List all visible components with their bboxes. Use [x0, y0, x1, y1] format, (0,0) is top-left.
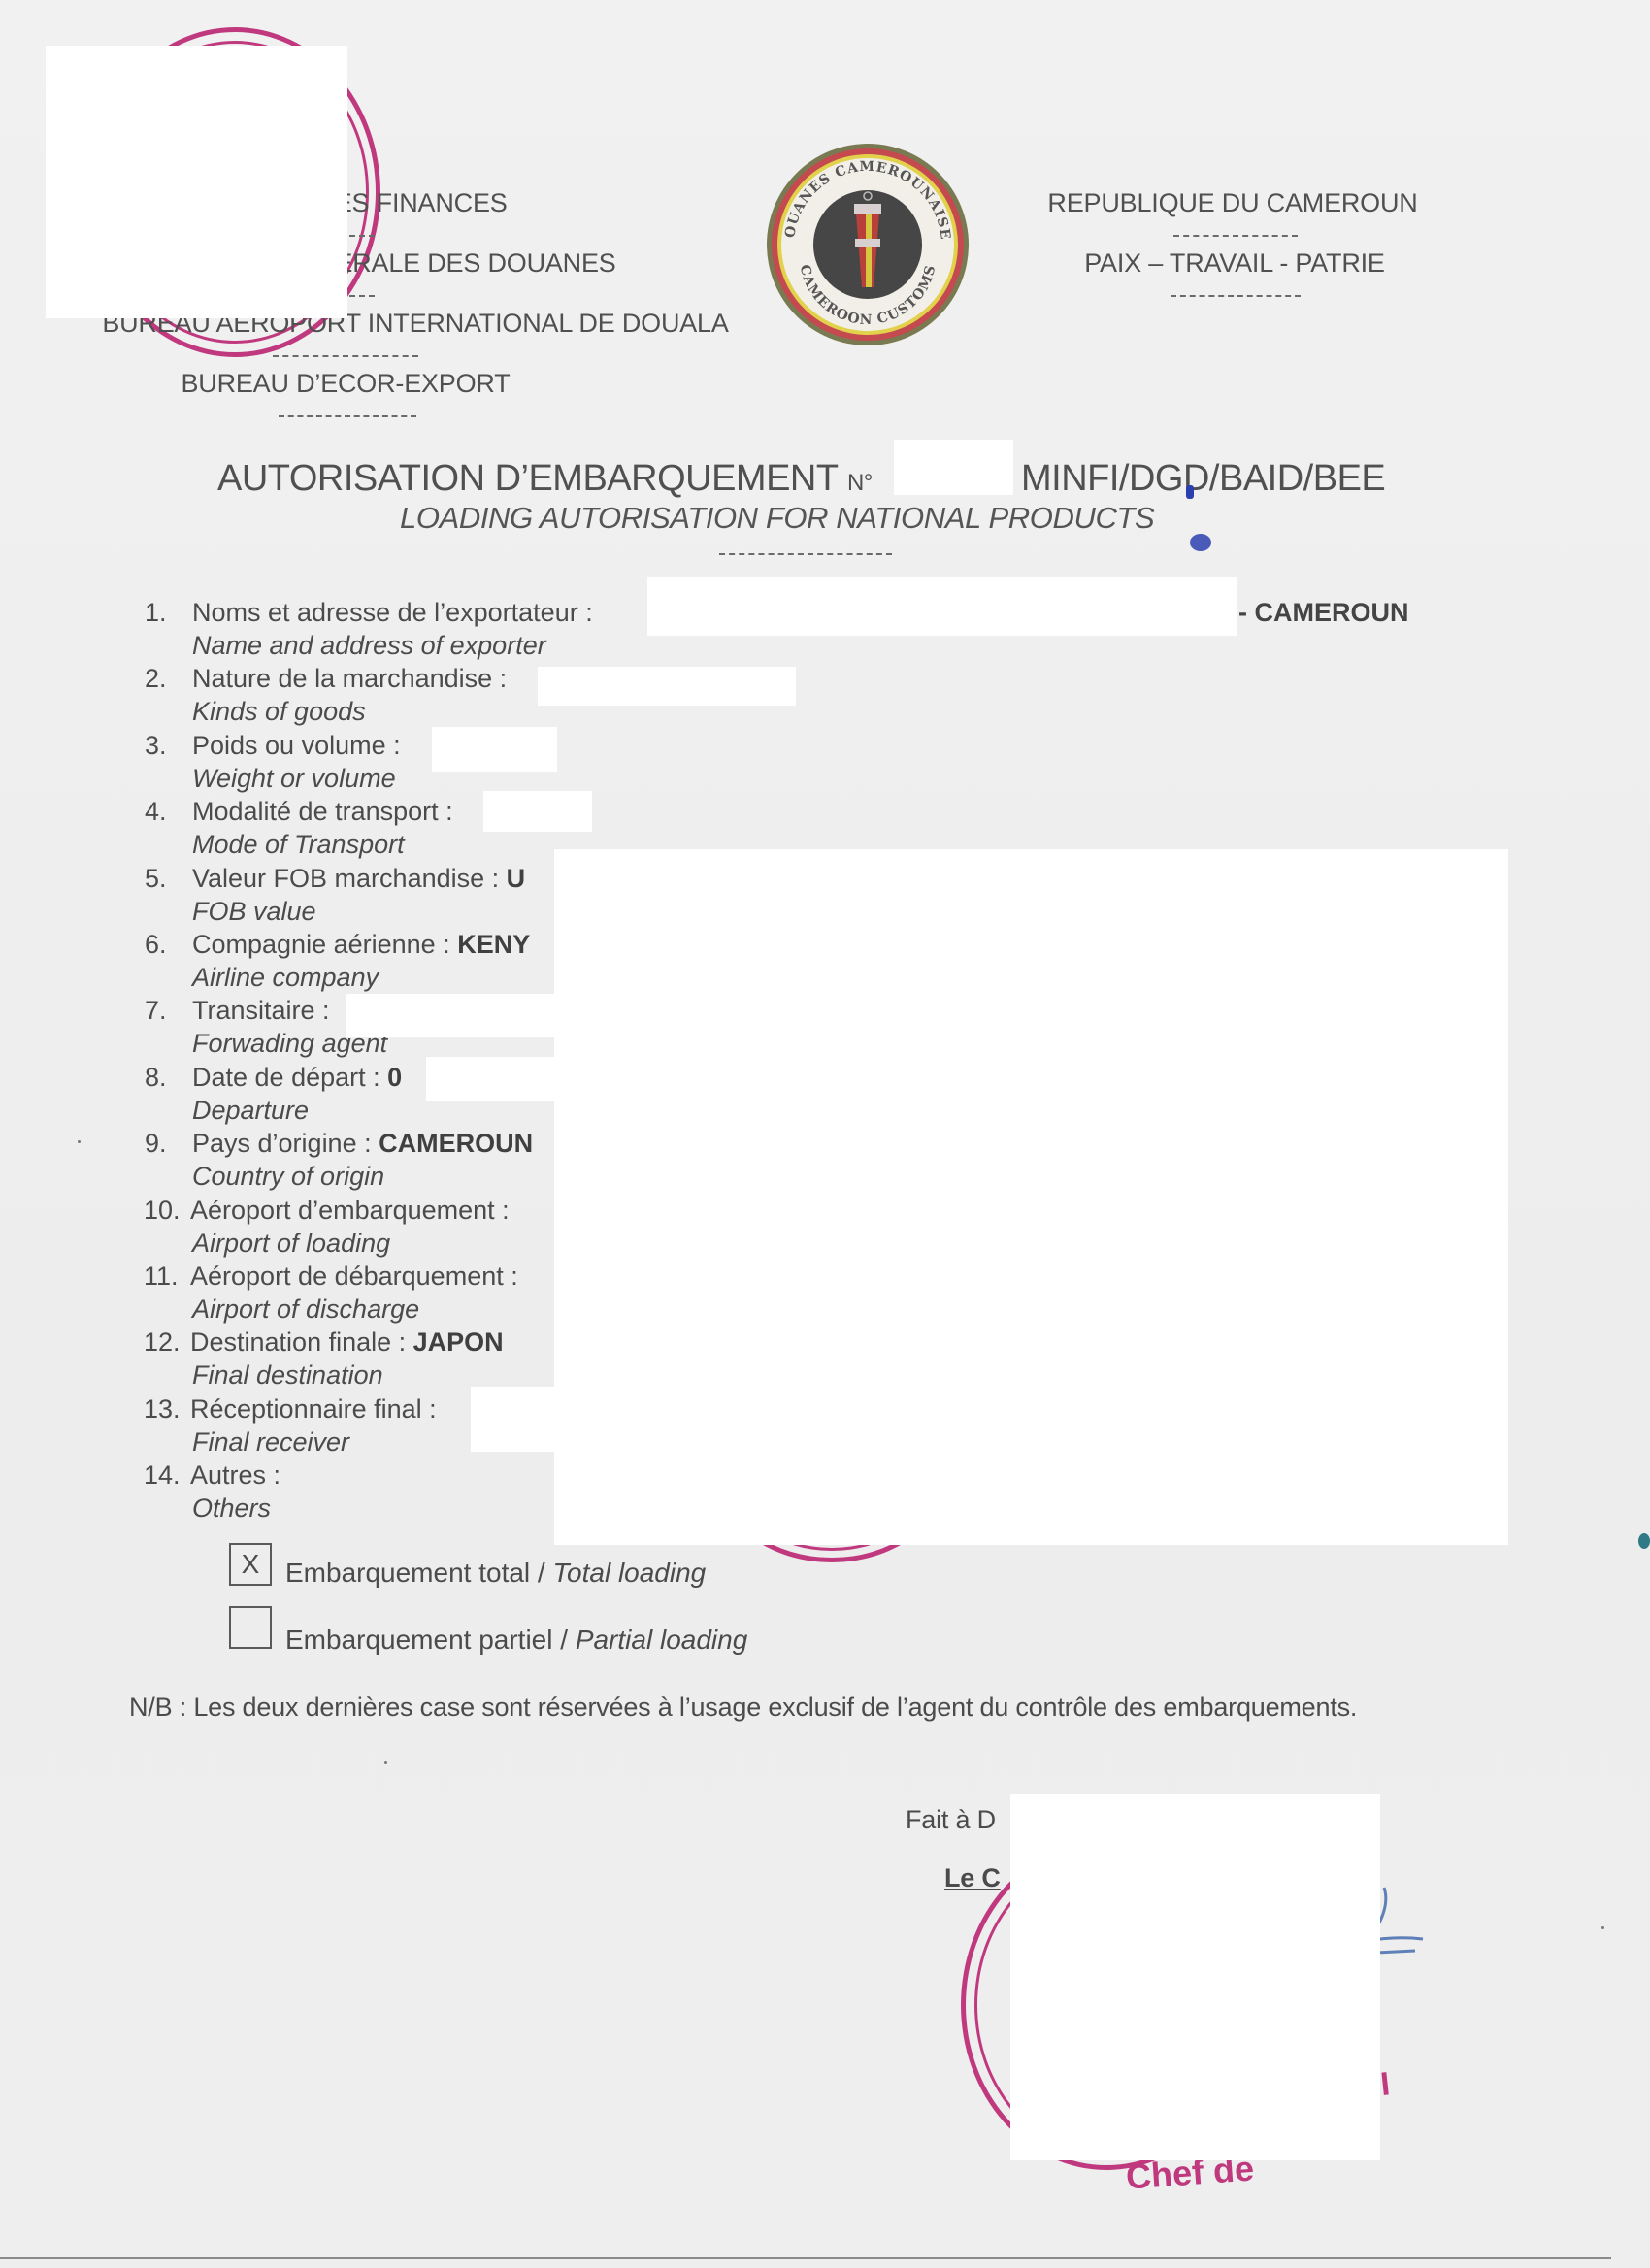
document-subtitle: LOADING AUTORISATION FOR NATIONAL PRODUC… — [400, 501, 1154, 536]
item-number: 11. — [144, 1262, 179, 1292]
item-label-en: Airport of loading — [192, 1229, 390, 1259]
header-republic: REPUBLIQUE DU CAMEROUN — [1047, 188, 1417, 218]
speck — [384, 1761, 387, 1764]
title-reference: MINFI/DGD/BAID/BEE — [1021, 458, 1385, 500]
item-label-fr: Valeur FOB marchandise : U — [192, 864, 525, 894]
item-number: 13. — [144, 1395, 181, 1425]
item-label-fr: Modalité de transport : — [192, 797, 453, 827]
redaction-box — [554, 849, 1508, 1545]
item-number: 10. — [144, 1196, 181, 1226]
header-divider — [279, 415, 416, 417]
item-label-en: Mode of Transport — [192, 830, 405, 860]
title-main: AUTORISATION D’EMBARQUEMENT — [217, 458, 838, 499]
item-value-suffix: - CAMEROUN — [1238, 598, 1409, 628]
item-number: 6. — [145, 930, 167, 960]
title-number-label: N° — [847, 470, 873, 496]
item-label-fr: Transitaire : — [192, 996, 330, 1026]
document-page: DES FINANCES ERALE DES DOUANES BUREAU AE… — [0, 0, 1650, 2268]
document-title: AUTORISATION D’EMBARQUEMENT N° — [217, 458, 873, 500]
item-label-en: Airline company — [192, 963, 379, 993]
redaction-box — [647, 577, 1237, 636]
item-label-fr: Date de départ : 0 — [192, 1063, 402, 1093]
item-number: 1. — [145, 598, 167, 628]
place-of-issue: Fait à D — [906, 1805, 996, 1835]
item-value: CAMEROUN — [379, 1129, 533, 1158]
title-divider — [719, 553, 892, 555]
item-label-en: Kinds of goods — [192, 697, 366, 727]
item-label-fr: Autres : — [190, 1461, 280, 1491]
item-number: 7. — [145, 996, 167, 1026]
ink-mark — [1186, 485, 1194, 499]
total-loading-label: Embarquement total / Total loading — [285, 1558, 706, 1589]
signatory-title: Le C — [944, 1863, 1001, 1893]
redaction-box — [538, 667, 796, 706]
item-label-en: Name and address of exporter — [192, 631, 546, 661]
item-number: 5. — [145, 864, 167, 894]
item-label-fr: Nature de la marchandise : — [192, 664, 507, 694]
redaction-box — [483, 791, 592, 832]
ink-mark — [1190, 534, 1211, 551]
item-label-fr: Pays d’origine : CAMEROUN — [192, 1129, 533, 1159]
redaction-box — [894, 440, 1013, 495]
header-divider — [1171, 295, 1301, 297]
redaction-box — [1010, 1794, 1380, 2160]
note-text: N/B : Les deux dernières case sont réser… — [129, 1693, 1357, 1723]
item-label-fr: Destination finale : JAPON — [190, 1328, 504, 1358]
redaction-box — [432, 727, 557, 772]
item-label-en: FOB value — [192, 897, 316, 927]
redaction-box — [471, 1387, 563, 1452]
redaction-box — [426, 1057, 562, 1101]
item-number: 3. — [145, 731, 167, 761]
header-directorate: ERALE DES DOUANES — [335, 248, 615, 279]
header-motto: PAIX – TRAVAIL - PATRIE — [1084, 248, 1385, 279]
speck — [1601, 1926, 1604, 1929]
scan-edge — [0, 2257, 1611, 2259]
item-label-en: Airport of discharge — [192, 1295, 419, 1325]
redaction-box — [46, 46, 347, 318]
header-divider — [1173, 235, 1298, 237]
item-number: 12. — [144, 1328, 181, 1358]
item-label-en: Weight or volume — [192, 764, 396, 794]
item-number: 9. — [145, 1129, 167, 1159]
item-label-fr: Poids ou volume : — [192, 731, 401, 761]
partial-loading-checkbox[interactable] — [229, 1606, 272, 1649]
item-value: 0 — [387, 1063, 402, 1092]
item-label-en: Departure — [192, 1096, 309, 1126]
cameroon-customs-seal: DOUANES CAMEROUNAISES CAMEROON CUSTOMS — [765, 142, 971, 347]
item-number: 14. — [144, 1461, 181, 1491]
item-label-en: Final receiver — [192, 1428, 349, 1458]
item-label-en: Country of origin — [192, 1162, 384, 1192]
item-label-fr: Noms et adresse de l’exportateur : — [192, 598, 593, 628]
item-number: 2. — [145, 664, 167, 694]
header-divider — [273, 355, 418, 357]
item-value: JAPON — [413, 1328, 504, 1357]
item-label-fr: Aéroport de débarquement : — [190, 1262, 518, 1292]
item-value: KENY — [457, 930, 530, 959]
redaction-box — [346, 994, 560, 1037]
total-loading-checkbox[interactable]: X — [229, 1543, 272, 1586]
partial-loading-label: Embarquement partiel / Partial loading — [285, 1625, 747, 1656]
item-label-fr: Compagnie aérienne : KENY — [192, 930, 530, 960]
ink-dot — [1638, 1533, 1650, 1549]
item-label-en: Others — [192, 1494, 271, 1524]
header-bureau: BUREAU D’ECOR-EXPORT — [181, 369, 510, 399]
speck — [78, 1140, 81, 1143]
item-label-fr: Réceptionnaire final : — [190, 1395, 437, 1425]
item-number: 4. — [145, 797, 167, 827]
item-label-fr: Aéroport d’embarquement : — [190, 1196, 510, 1226]
item-label-en: Final destination — [192, 1361, 383, 1391]
item-number: 8. — [145, 1063, 167, 1093]
item-value: U — [507, 864, 526, 893]
